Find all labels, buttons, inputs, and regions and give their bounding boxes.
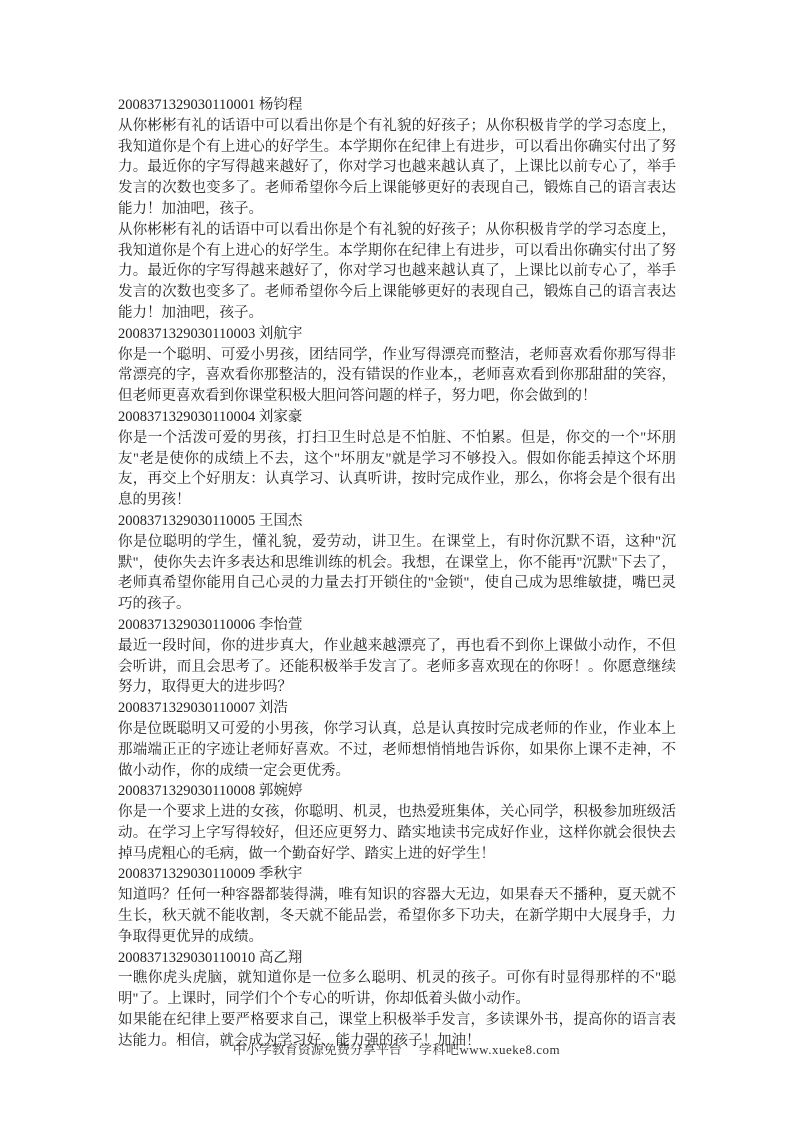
student-id-line: 2008371329030110003 刘航宇 bbox=[118, 324, 676, 345]
student-entry: 2008371329030110007 刘浩你是位既聪明又可爱的小男孩，你学习认… bbox=[118, 698, 676, 781]
document-content: 2008371329030110001 杨钧程从你彬彬有礼的话语中可以看出你是个… bbox=[118, 95, 676, 1052]
comment-paragraph: 你是一个活泼可爱的男孩，打扫卫生时总是不怕脏、不怕累。但是，你交的一个"坏朋友"… bbox=[118, 428, 676, 511]
student-id-line: 2008371329030110004 刘家豪 bbox=[118, 407, 676, 428]
student-id-line: 2008371329030110007 刘浩 bbox=[118, 698, 676, 719]
comment-paragraph: 你是一个聪明、可爱小男孩，团结同学，作业写得漂亮而整洁，老师喜欢看你那写得非常漂… bbox=[118, 345, 676, 407]
comment-paragraph: 最近一段时间，你的进步真大，作业越来越漂亮了，再也看不到你上课做小动作，不但会听… bbox=[118, 636, 676, 698]
page-footer: 中小学教育资源免费分享平台学科吧www.xueke8.com bbox=[0, 1041, 793, 1058]
comment-paragraph: 你是位既聪明又可爱的小男孩，你学习认真，总是认真按时完成老师的作业，作业本上那端… bbox=[118, 719, 676, 781]
comment-paragraph: 知道吗？任何一种容器都装得满，唯有知识的容器大无边，如果春天不播种，夏天就不生长… bbox=[118, 885, 676, 947]
student-entry: 2008371329030110008 郭婉婷你是一个要求上进的女孩，你聪明、机… bbox=[118, 781, 676, 864]
student-id-line: 2008371329030110008 郭婉婷 bbox=[118, 781, 676, 802]
comment-paragraph: 从你彬彬有礼的话语中可以看出你是个有礼貌的好孩子；从你积极肯学的学习态度上，我知… bbox=[118, 116, 676, 220]
student-id-line: 2008371329030110009 季秋宇 bbox=[118, 864, 676, 885]
student-entry: 2008371329030110006 李怡萱最近一段时间，你的进步真大，作业越… bbox=[118, 615, 676, 698]
student-entry: 2008371329030110001 杨钧程从你彬彬有礼的话语中可以看出你是个… bbox=[118, 95, 676, 324]
student-entry: 2008371329030110003 刘航宇你是一个聪明、可爱小男孩，团结同学… bbox=[118, 324, 676, 407]
comment-paragraph: 你是一个要求上进的女孩，你聪明、机灵，也热爱班集体，关心同学，积极参加班级活动。… bbox=[118, 802, 676, 864]
student-id-line: 2008371329030110001 杨钧程 bbox=[118, 95, 676, 116]
student-entry: 2008371329030110004 刘家豪你是一个活泼可爱的男孩，打扫卫生时… bbox=[118, 407, 676, 511]
student-id-line: 2008371329030110010 高乙翔 bbox=[118, 948, 676, 969]
student-id-line: 2008371329030110005 王国杰 bbox=[118, 511, 676, 532]
document-page: 2008371329030110001 杨钧程从你彬彬有礼的话语中可以看出你是个… bbox=[0, 0, 793, 1122]
footer-site-text: 学科吧www.xueke8.com bbox=[419, 1042, 560, 1057]
student-id-line: 2008371329030110006 李怡萱 bbox=[118, 615, 676, 636]
footer-platform-text: 中小学教育资源免费分享平台 bbox=[233, 1042, 402, 1057]
comment-paragraph: 从你彬彬有礼的话语中可以看出你是个有礼貌的好孩子；从你积极肯学的学习态度上，我知… bbox=[118, 220, 676, 324]
student-entry: 2008371329030110010 高乙翔一瞧你虎头虎脑，就知道你是一位多么… bbox=[118, 948, 676, 1052]
comment-paragraph: 一瞧你虎头虎脑，就知道你是一位多么聪明、机灵的孩子。可你有时显得那样的不"聪明"… bbox=[118, 968, 676, 1010]
student-entry: 2008371329030110009 季秋宇知道吗？任何一种容器都装得满，唯有… bbox=[118, 864, 676, 947]
student-entry: 2008371329030110005 王国杰你是位聪明的学生，懂礼貌，爱劳动，… bbox=[118, 511, 676, 615]
comment-paragraph: 你是位聪明的学生，懂礼貌，爱劳动，讲卫生。在课堂上，有时你沉默不语，这种"沉默"… bbox=[118, 532, 676, 615]
